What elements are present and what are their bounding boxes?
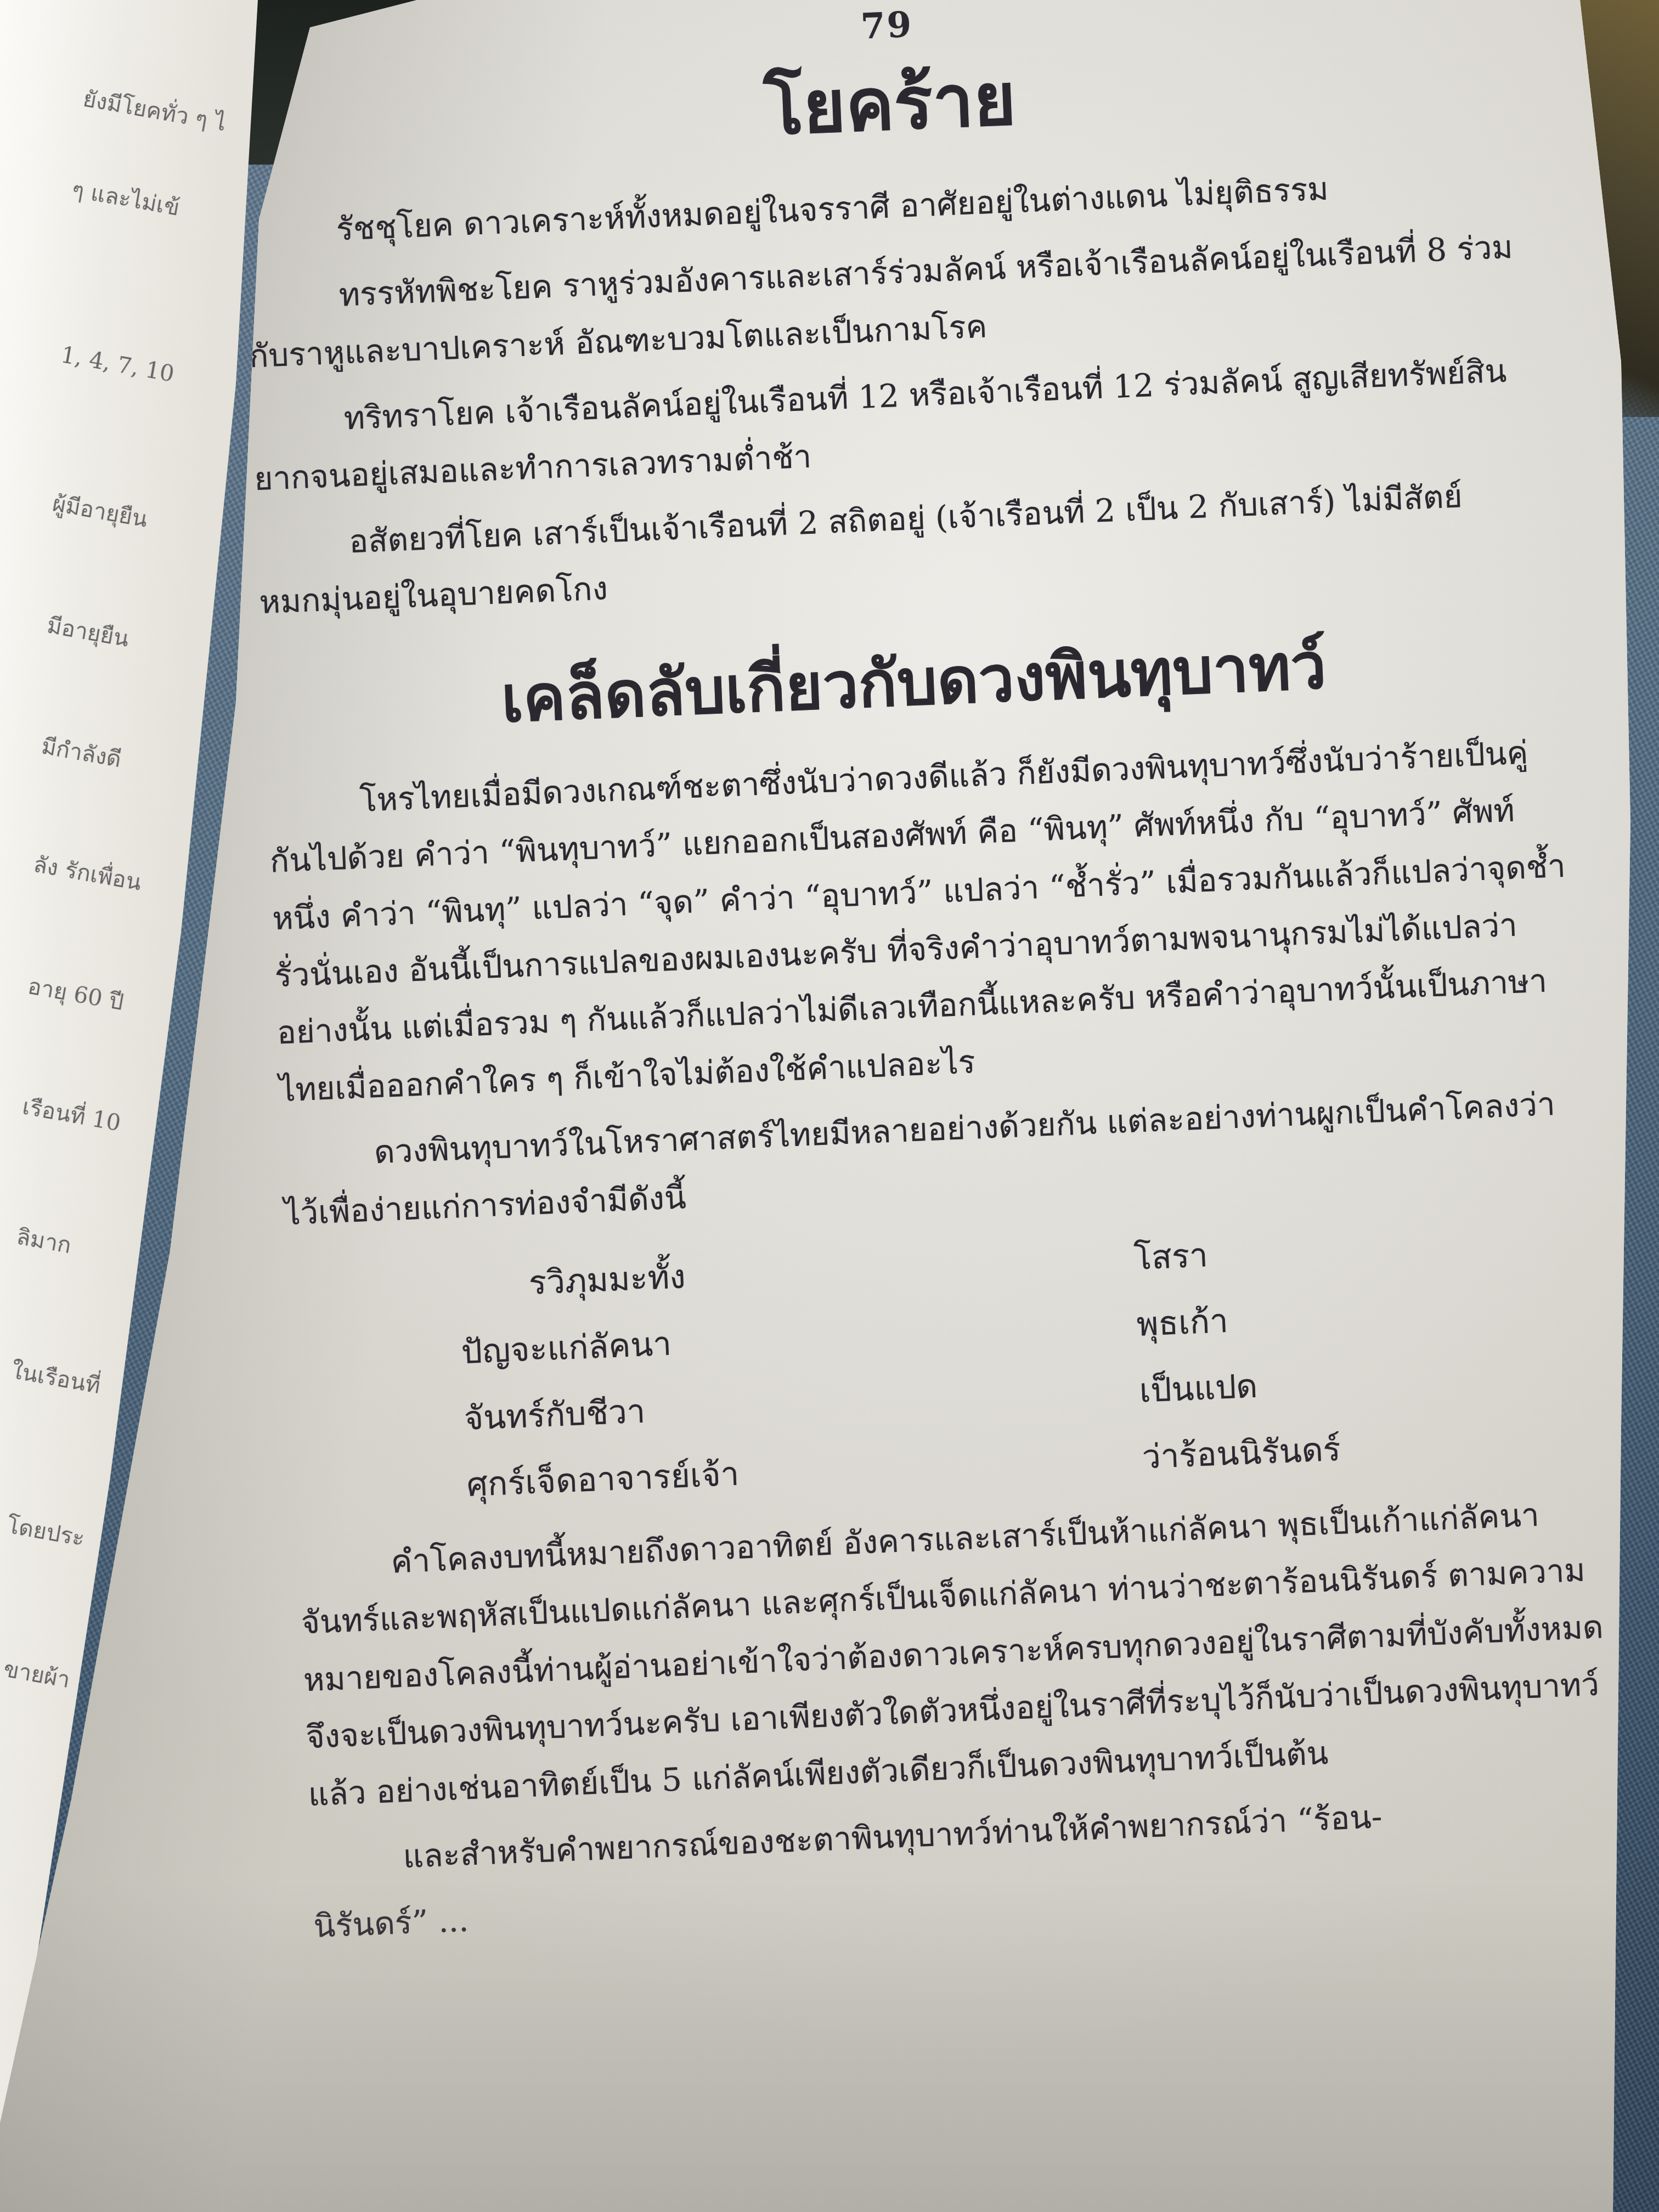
facing-page-text-fragment: มีกำลังดี bbox=[38, 729, 124, 777]
verse-line-right: พุธเก้า bbox=[1136, 1286, 1591, 1346]
verse-line-left: ปัญจะแก่ลัคนา bbox=[461, 1305, 1138, 1373]
mnemonic-verse: รวิภุมมะทั้ง โสรา ปัญจะแก่ลัคนา พุธเก้า … bbox=[458, 1220, 1597, 1506]
facing-page-text-fragment: โดยประ bbox=[4, 1508, 87, 1556]
book-page: 79 โยคร้าย รัชชุโยค ดาวเคราะห์ทั้งหมดอยู… bbox=[0, 0, 1659, 2212]
section-title: เคล็ดลับเกี่ยวกับดวงพินทุบาทว์ bbox=[262, 619, 1565, 746]
facing-page-text-fragment: 1, 4, 7, 10 bbox=[59, 341, 176, 387]
facing-page-text-fragment: เรือนที่ 10 bbox=[20, 1089, 123, 1141]
facing-page-text-fragment: อายุ 60 ปี bbox=[25, 968, 127, 1020]
verse-line-left: รวิภุมมะทั้ง bbox=[458, 1238, 1135, 1307]
facing-page-text-fragment: ในเรือนที่ bbox=[9, 1353, 104, 1403]
verse-line-left: จันทร์กับชีวา bbox=[463, 1371, 1140, 1440]
facing-page-text-fragment: ผู้มีอายุยืน bbox=[50, 486, 150, 537]
facing-page-text-fragment: ลัง รักเพื่อน bbox=[31, 847, 144, 901]
facing-page-text-fragment: ยังมีโยคทั่ว ๆ ไ bbox=[80, 81, 229, 142]
paragraph-verse-explanation: คำโคลงบทนี้หมายถึงดาวอาทิตย์ อังคารและเส… bbox=[298, 1483, 1610, 1823]
book-photo: { "photo": { "scene": "photograph of an … bbox=[0, 0, 1659, 2212]
verse-line-right: ว่าร้อนนิรันดร์ bbox=[1141, 1419, 1596, 1479]
verse-line-right: เป็นแปด bbox=[1138, 1352, 1594, 1412]
paragraph-pinthubat-intro: โหรไทยเมื่อมีดวงเกณฑ์ชะตาซึ่งนับว่าดวงดี… bbox=[267, 723, 1581, 1119]
facing-page-text-fragment: ลิมาก bbox=[14, 1219, 74, 1263]
page-text-block: 79 โยคร้าย รัชชุโยค ดาวเคราะห์ทั้งหมดอยู… bbox=[236, 0, 1616, 1964]
verse-line-right: โสรา bbox=[1133, 1220, 1589, 1279]
facing-page-text-fragment: ๆ และไม่เข้ bbox=[69, 172, 183, 225]
facing-page-text-fragment: มีอายุยืน bbox=[44, 607, 132, 657]
facing-page-text-fragment: ขายผ้า bbox=[1, 1651, 73, 1698]
verse-line-left: ศุกร์เจ็ดอาจารย์เจ้า bbox=[466, 1437, 1143, 1506]
